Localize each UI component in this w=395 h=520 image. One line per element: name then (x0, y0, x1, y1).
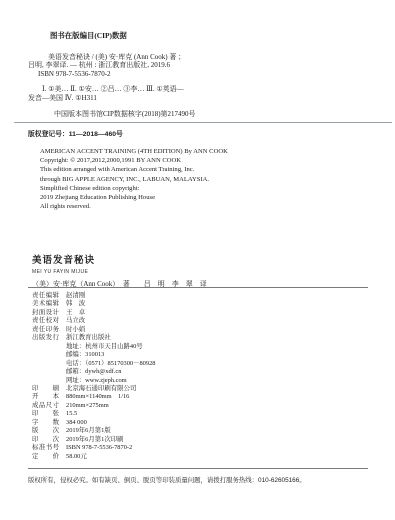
colophon-label: 责任印务 (32, 326, 59, 334)
colophon-row-postcode: 邮编：310013 (32, 351, 372, 359)
colophon-row-website: 网址：www.zjeph.com (32, 377, 372, 385)
copyright-line: This edition arranged with American Acce… (40, 165, 228, 174)
colophon-value: 2019年6月第1版 (66, 427, 111, 435)
copyright-line: All rights reserved. (40, 202, 228, 211)
cip-record-number: 中国版本图书馆CIP数据核字(2018)第217490号 (28, 110, 358, 119)
title-block: 美语发音秘诀 MEI YU FAYIN MIJUE （美）安·库克（Ann Co… (32, 252, 207, 289)
colophon-value: 384 000 (66, 419, 87, 427)
colophon-label: 标准书号 (32, 444, 59, 452)
colophon-label: 开本 (32, 393, 59, 401)
colophon-value: 58.00元 (66, 453, 87, 461)
colophon-label: 印次 (32, 436, 59, 444)
colophon-row: 责任校对马立改 (32, 317, 372, 325)
colophon-value: 电话：（0571）85170300－80928 (66, 360, 155, 368)
copyright-block: AMERICAN ACCENT TRAINING (4TH EDITION) B… (40, 147, 228, 211)
divider (28, 287, 368, 288)
copyright-page: 图书在版编目(CIP)数据 美语发音秘诀 / (美) 安·库克 (Ann Coo… (0, 0, 395, 520)
copyright-line: Simplified Chinese edition copyright: (40, 184, 228, 193)
colophon-row: 印刷北京海石通印刷有限公司 (32, 385, 372, 393)
colophon-row-email: 邮箱：dywh@xdf.cn (32, 368, 372, 376)
copyright-line: 2019 Zhejiang Education Publishing House (40, 193, 228, 202)
colophon-row: 开本880mm×1140mm 1/16 (32, 393, 372, 401)
book-title: 美语发音秘诀 (32, 252, 207, 266)
colophon-value: 邮箱：dywh@xdf.cn (66, 368, 121, 376)
colophon-value: 880mm×1140mm 1/16 (66, 393, 129, 401)
copyright-line: Copyright: © 2017,2012,2000,1991 BY ANN … (40, 156, 228, 165)
colophon: 责任编辑赵清刚 美术编辑韩 波 封面设计王 卓 责任校对马立改 责任印务时小娟 … (32, 292, 372, 461)
colophon-value: 邮编：310013 (66, 351, 104, 359)
colophon-label: 版次 (32, 427, 59, 435)
colophon-value: 韩 波 (66, 300, 85, 308)
colophon-value: 15.5 (66, 410, 77, 418)
colophon-row-address: 地址：杭州市天目山路40号 (32, 343, 372, 351)
copyright-line: AMERICAN ACCENT TRAINING (4TH EDITION) B… (40, 147, 228, 156)
cip-header: 图书在版编目(CIP)数据 (28, 32, 358, 41)
cip-isbn: ISBN 978-7-5536-7870-2 (28, 70, 358, 79)
cip-line: 美语发音秘诀 / (美) 安·库克 (Ann Cook) 著 ； (28, 53, 358, 62)
colophon-row: 出版发行浙江教育出版社 (32, 334, 372, 342)
colophon-label: 字数 (32, 419, 59, 427)
colophon-row: 字数384 000 (32, 419, 372, 427)
cip-classification-line: Ⅰ. ①美… Ⅱ. ①安… ②吕… ③李… Ⅲ. ①英语— (28, 85, 358, 94)
colophon-label: 定价 (32, 453, 59, 461)
colophon-row-phone: 电话：（0571）85170300－80928 (32, 360, 372, 368)
cip-line: 吕明, 李翠译. — 杭州 : 浙江教育出版社, 2019.6 (28, 61, 358, 70)
colophon-row: 美术编辑韩 波 (32, 300, 372, 308)
colophon-label: 印张 (32, 410, 59, 418)
colophon-row-price: 定价58.00元 (32, 453, 372, 461)
colophon-value: 时小娟 (66, 326, 85, 334)
book-title-pinyin: MEI YU FAYIN MIJUE (32, 269, 207, 275)
colophon-value: 北京海石通印刷有限公司 (66, 385, 136, 393)
colophon-label: 美术编辑 (32, 300, 59, 308)
colophon-row: 印次2019年6月第1次印刷 (32, 436, 372, 444)
colophon-row: 成品尺寸210mm×275mm (32, 402, 372, 410)
colophon-value: 网址：www.zjeph.com (66, 377, 127, 385)
divider (14, 122, 392, 123)
colophon-row-isbn: 标准书号ISBN 978-7-5536-7870-2 (32, 444, 372, 452)
colophon-value: 马立改 (66, 317, 85, 325)
cip-block: 图书在版编目(CIP)数据 美语发音秘诀 / (美) 安·库克 (Ann Coo… (28, 32, 358, 118)
colophon-label: 责任校对 (32, 317, 59, 325)
registration-number: 版权登记号：11—2018—460号 (28, 128, 123, 138)
colophon-value: 210mm×275mm (66, 402, 109, 410)
colophon-value: 浙江教育出版社 (66, 334, 111, 342)
colophon-value: 2019年6月第1次印刷 (66, 436, 124, 444)
colophon-row: 版次2019年6月第1版 (32, 427, 372, 435)
colophon-row: 印张15.5 (32, 410, 372, 418)
colophon-label: 出版发行 (32, 334, 59, 342)
colophon-row: 责任印务时小娟 (32, 326, 372, 334)
colophon-value: ISBN 978-7-5536-7870-2 (66, 444, 132, 452)
divider (28, 468, 368, 469)
cip-classification-line: 发音—美国 Ⅳ. ①H311 (28, 94, 358, 103)
copyright-line: through BIG APPLE AGENCY, INC., LABUAN, … (40, 175, 228, 184)
rights-notice: 版权所有，侵权必究。如有缺页、倒页、脱页等印装质量问题，请拨打服务热线：010-… (28, 475, 378, 484)
colophon-value: 地址：杭州市天目山路40号 (66, 343, 143, 351)
